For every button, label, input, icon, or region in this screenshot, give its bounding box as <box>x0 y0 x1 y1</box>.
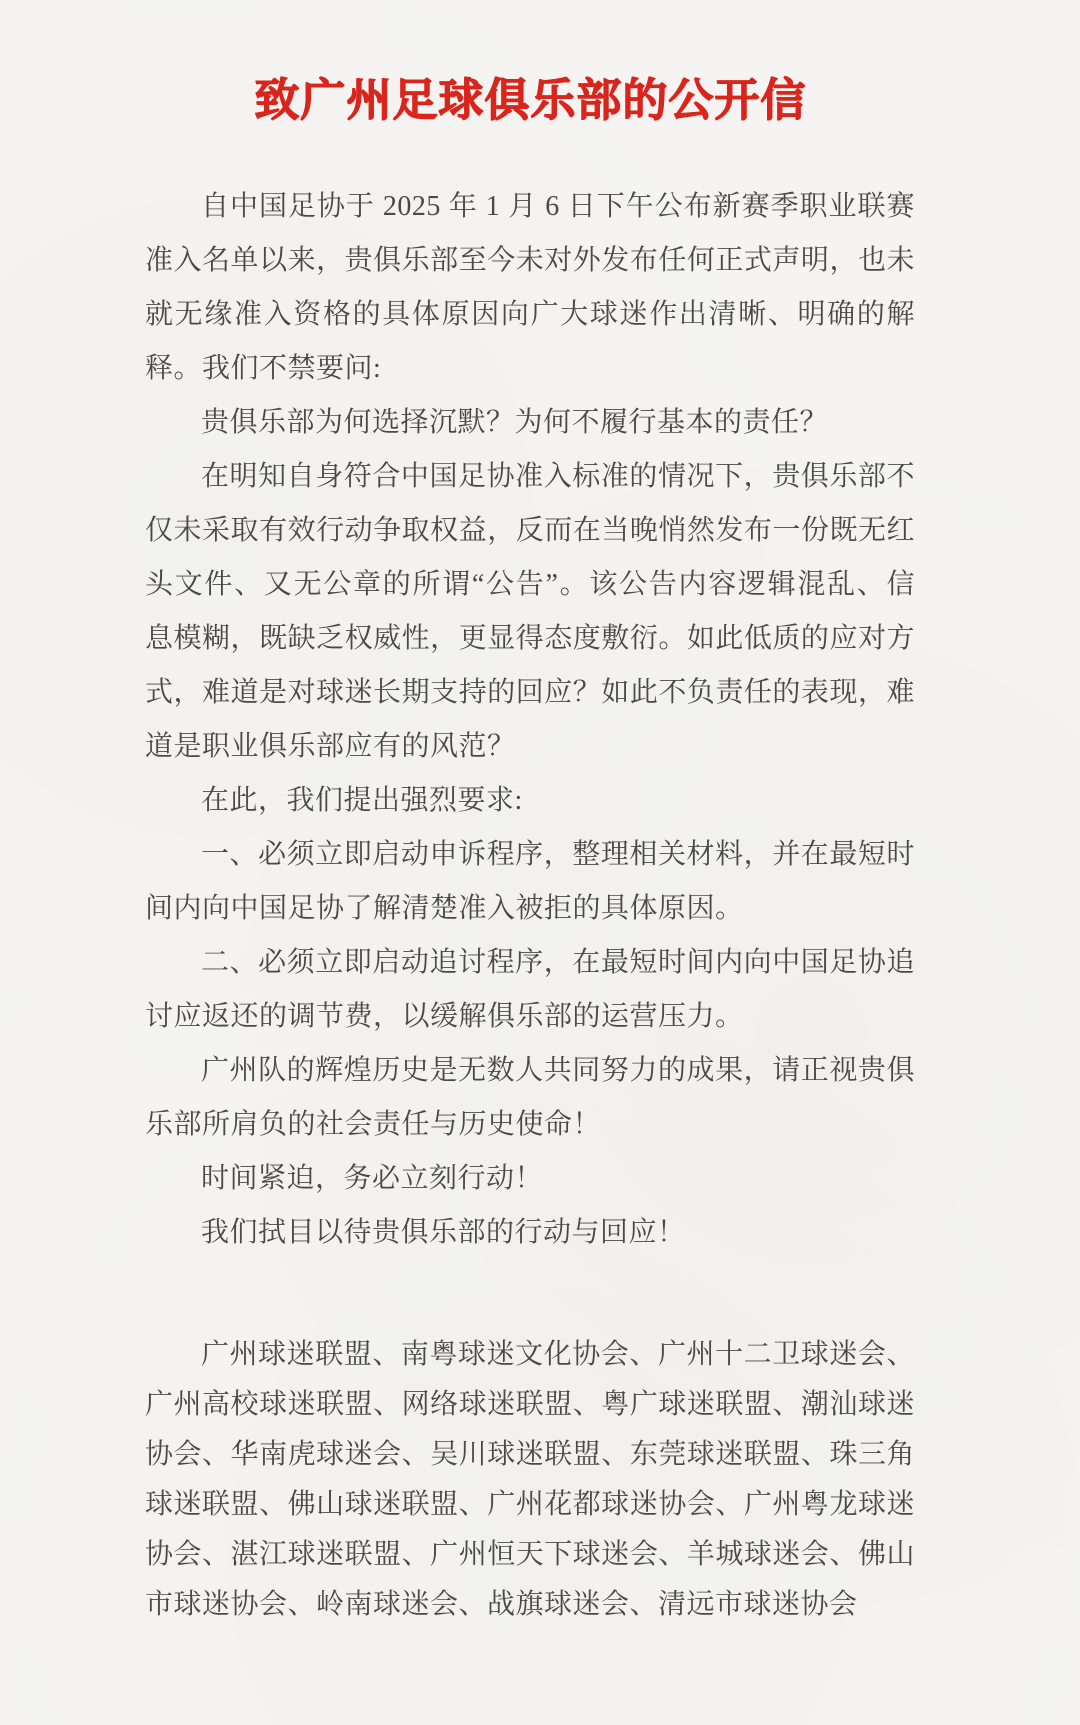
letter-line: 仅未采取有效行动争取权益，反而在当晚悄然发布一份既无红 <box>145 504 915 558</box>
signature-line: 广州高校球迷联盟、网络球迷联盟、粤广球迷联盟、潮汕球迷 <box>145 1380 915 1430</box>
letter-line: 广州队的辉煌历史是无数人共同努力的成果，请正视贵俱 <box>145 1044 915 1098</box>
letter-line: 准入名单以来，贵俱乐部至今未对外发布任何正式声明，也未 <box>145 234 915 288</box>
letter-line: 一、必须立即启动申诉程序，整理相关材料，并在最短时 <box>145 828 915 882</box>
letter-line: 就无缘准入资格的具体原因向广大球迷作出清晰、明确的解 <box>145 288 915 342</box>
letter-line: 乐部所肩负的社会责任与历史使命！ <box>145 1098 915 1152</box>
letter-line: 间内向中国足协了解清楚准入被拒的具体原因。 <box>145 882 915 936</box>
letter-line: 息模糊，既缺乏权威性，更显得态度敷衍。如此低质的应对方 <box>145 612 915 666</box>
letter-line: 头文件、又无公章的所谓“公告”。该公告内容逻辑混乱、信 <box>145 558 915 612</box>
letter-line: 释。我们不禁要问: <box>145 342 915 396</box>
letter-line: 式，难道是对球迷长期支持的回应？如此不负责任的表现，难 <box>145 666 915 720</box>
signature-block: 广州球迷联盟、南粤球迷文化协会、广州十二卫球迷会、广州高校球迷联盟、网络球迷联盟… <box>145 1330 915 1630</box>
letter-line: 我们拭目以待贵俱乐部的行动与回应！ <box>145 1206 915 1260</box>
letter-line: 道是职业俱乐部应有的风范？ <box>145 720 915 774</box>
letter-line: 时间紧迫，务必立刻行动！ <box>145 1152 915 1206</box>
letter-line: 二、必须立即启动追讨程序，在最短时间内向中国足协追 <box>145 936 915 990</box>
letter-body: 自中国足协于 2025 年 1 月 6 日下午公布新赛季职业联赛准入名单以来，贵… <box>145 180 915 1260</box>
signature-line: 协会、湛江球迷联盟、广州恒天下球迷会、羊城球迷会、佛山 <box>145 1530 915 1580</box>
page-title: 致广州足球俱乐部的公开信 <box>145 0 915 128</box>
signature-line: 协会、华南虎球迷会、吴川球迷联盟、东莞球迷联盟、珠三角 <box>145 1430 915 1480</box>
letter-line: 在明知自身符合中国足协准入标准的情况下，贵俱乐部不 <box>145 450 915 504</box>
signature-line: 广州球迷联盟、南粤球迷文化协会、广州十二卫球迷会、 <box>145 1330 915 1380</box>
letter-line: 讨应返还的调节费，以缓解俱乐部的运营压力。 <box>145 990 915 1044</box>
letter-line: 在此，我们提出强烈要求: <box>145 774 915 828</box>
signature-line: 市球迷协会、岭南球迷会、战旗球迷会、清远市球迷协会 <box>145 1580 915 1630</box>
letter-line: 自中国足协于 2025 年 1 月 6 日下午公布新赛季职业联赛 <box>145 180 915 234</box>
letter-line: 贵俱乐部为何选择沉默？为何不履行基本的责任？ <box>145 396 915 450</box>
signature-line: 球迷联盟、佛山球迷联盟、广州花都球迷协会、广州粤龙球迷 <box>145 1480 915 1530</box>
open-letter-page: 致广州足球俱乐部的公开信 自中国足协于 2025 年 1 月 6 日下午公布新赛… <box>0 0 1080 1725</box>
